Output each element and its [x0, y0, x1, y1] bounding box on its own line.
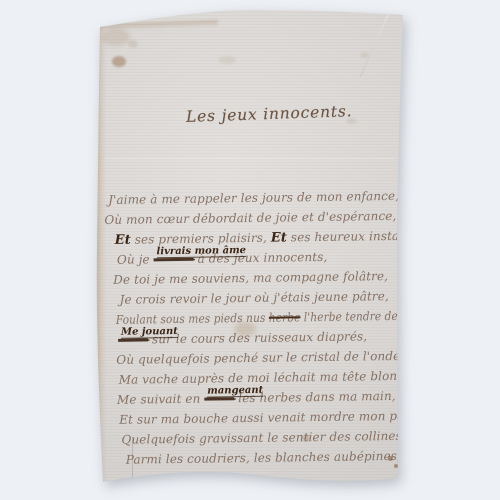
text-segment: sur le cours des ruisseaux diaprés,	[148, 329, 367, 346]
text-segment: ses premiers plaisirs,	[131, 231, 271, 247]
overwritten-word: Et	[115, 233, 131, 248]
text-segment: Foulant sous mes pieds nus	[116, 311, 269, 327]
text-segment: ses heureux instants	[287, 229, 418, 245]
text-segment: l'herbe tendre des prés,	[300, 308, 434, 324]
poem-line: Parmi les coudriers, les blanches aubépi…	[126, 446, 408, 470]
text-segment: Je crois revoir le jour où j'étais jeune…	[119, 289, 388, 307]
text-segment: Me suivait en	[117, 392, 205, 407]
poem-body: J'aime à me rappeler les jours de mon en…	[104, 186, 408, 470]
text-segment: De toi je me souviens, ma compagne folât…	[113, 269, 388, 287]
correction-stack: livrais mon âme————	[153, 249, 193, 270]
paper-shadow: Les jeux innocents. J'aime à me rappeler…	[0, 0, 500, 500]
text-segment: Et sur ma bouche aussi venait mordre mon…	[119, 409, 420, 427]
manuscript-photo: Les jeux innocents. J'aime à me rappeler…	[0, 0, 500, 500]
text-segment: Où je	[117, 252, 154, 267]
foxing-spot	[112, 56, 126, 67]
manuscript-page: Les jeux innocents. J'aime à me rappeler…	[0, 0, 500, 500]
foxing-spot	[102, 28, 130, 46]
crossed-out-word: ———	[204, 391, 234, 405]
text-segment: Quelquefois gravissant le sentier des co…	[121, 429, 402, 447]
correction-stack: mangeant———	[204, 388, 234, 408]
paper-crease	[105, 158, 395, 159]
crossed-out-word: ————	[153, 252, 193, 267]
crossed-out-word: ———	[118, 332, 148, 346]
overwritten-word: Et	[271, 230, 287, 245]
text-segment: Parmi les coudriers, les blanches aubépi…	[126, 449, 401, 467]
text-segment: J'aime à me rappeler les jours de mon en…	[108, 189, 399, 207]
flourish-mark: ʒ,	[401, 449, 418, 464]
foxing-spot	[128, 40, 138, 48]
text-segment: Ma vache auprès de moi léchait ma tête b…	[119, 369, 413, 387]
struck-word: herbe	[269, 310, 301, 324]
text-segment: Où quelquefois penché sur le cristal de …	[116, 349, 404, 367]
text-segment: Où mon cœur débordait de joie et d'espér…	[104, 209, 396, 227]
correction-stack: Me jouant———	[118, 329, 148, 349]
foxing-spot	[218, 56, 236, 64]
